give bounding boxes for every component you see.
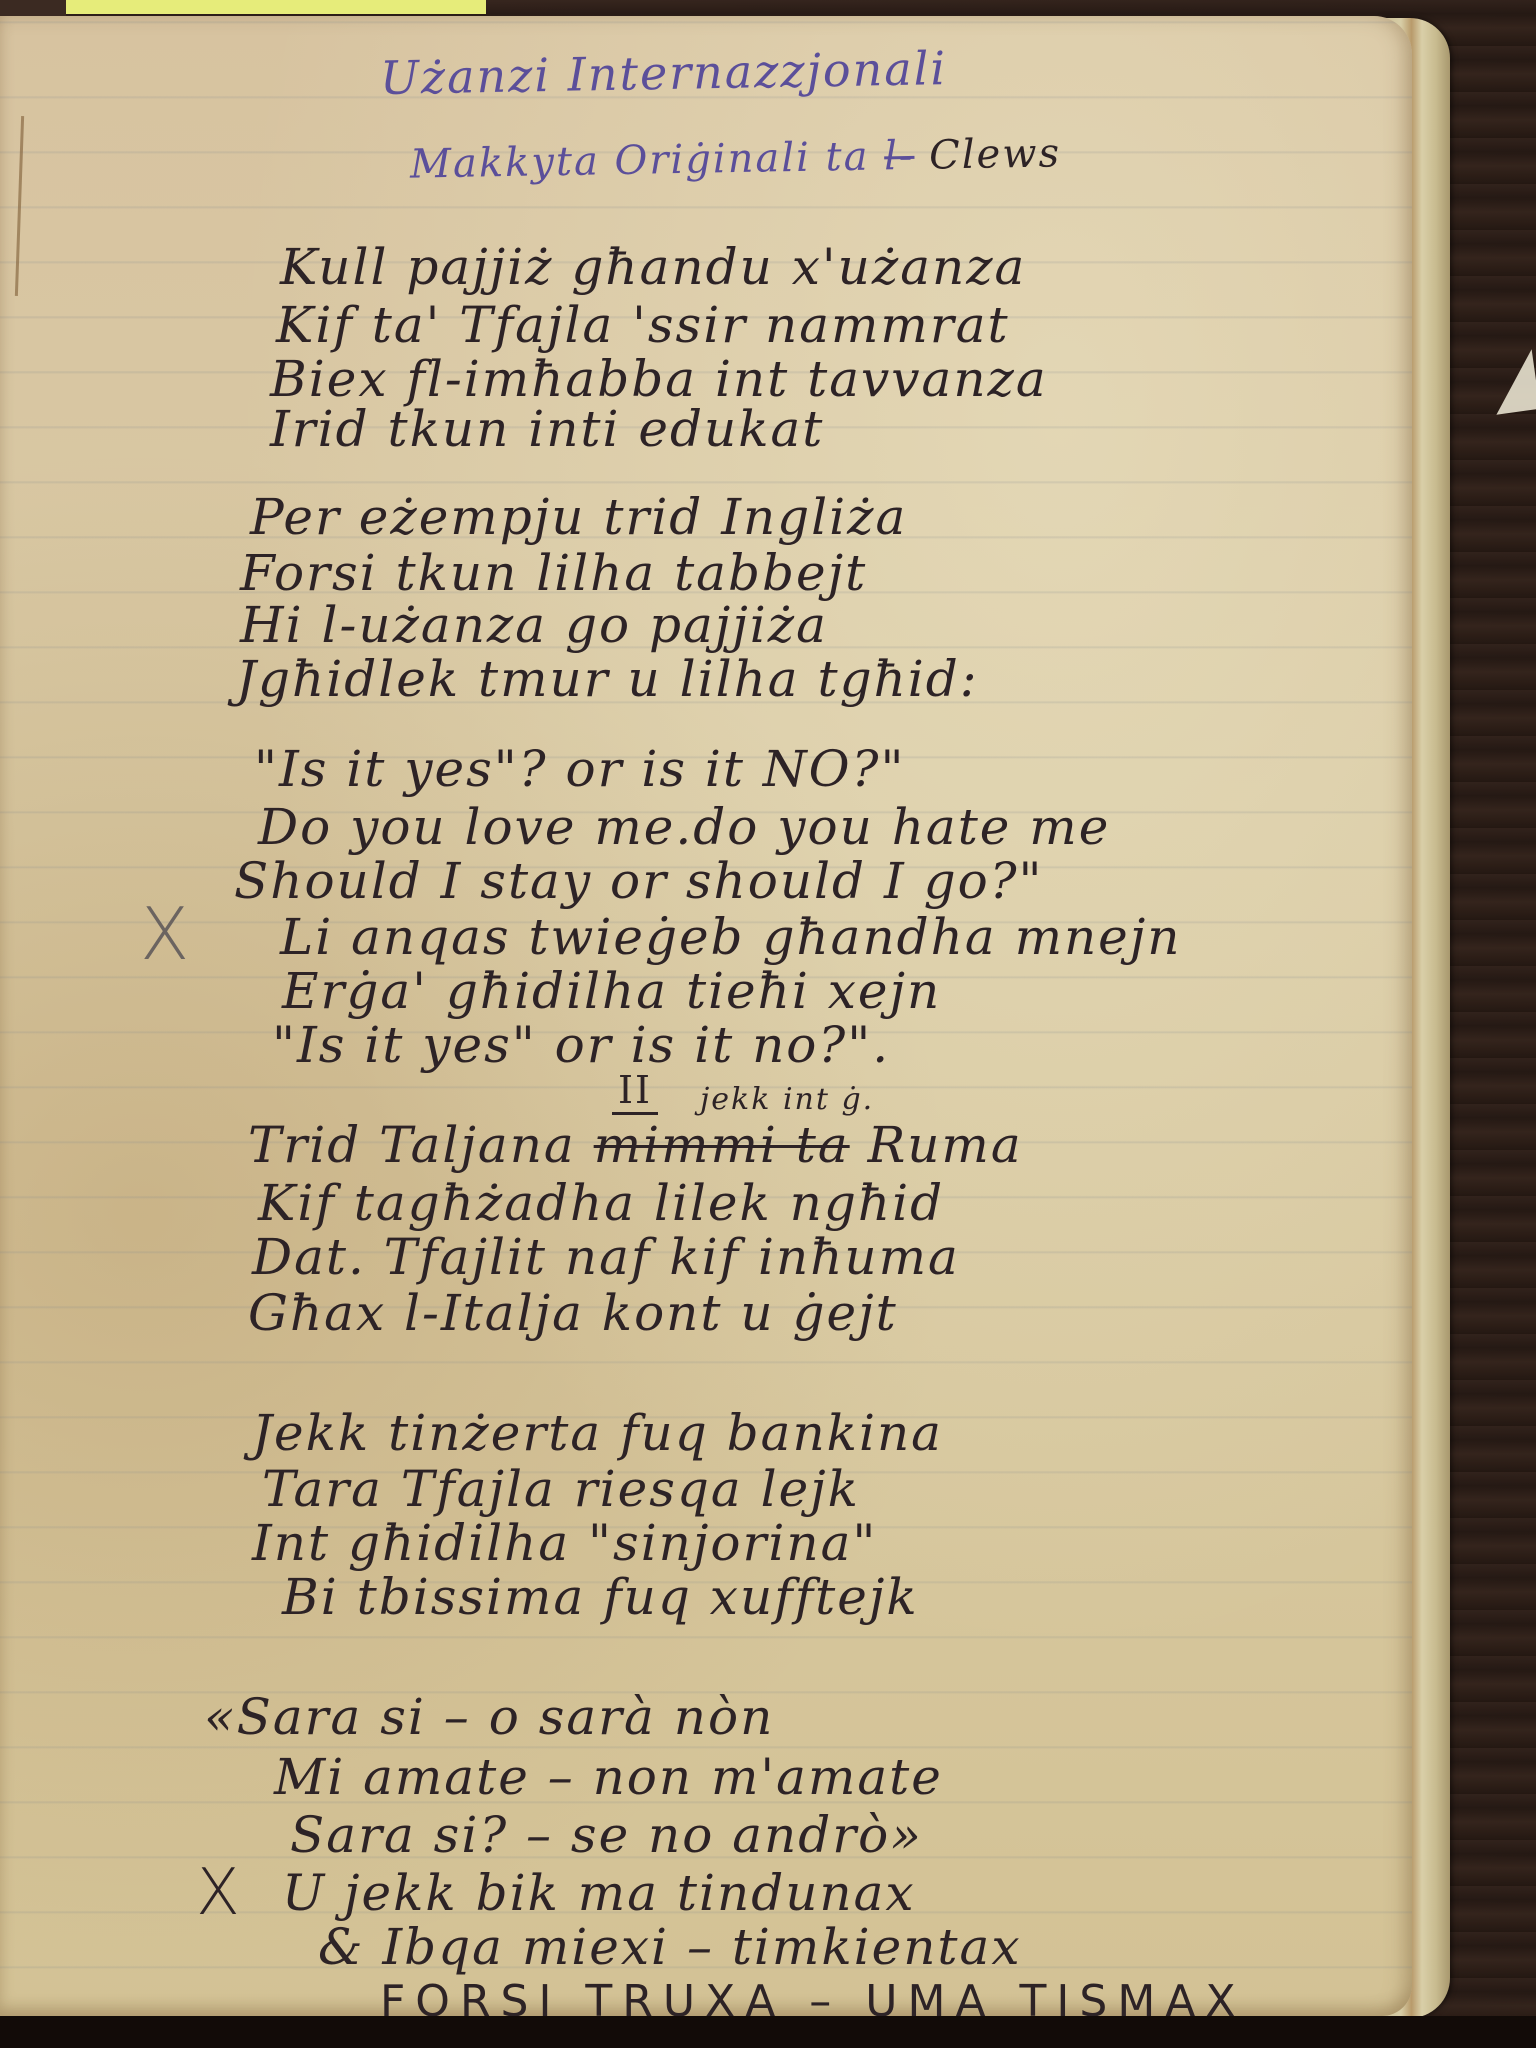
verse-line: Sara si? – se no andrò»: [290, 1810, 923, 1860]
verse-line: Jekk tinżerta fuq bankina: [252, 1408, 943, 1458]
subtitle-main: Makkyta Oriġinali ta: [410, 134, 870, 188]
verse-line: Kif tagħżadha lilek ngħid: [258, 1178, 944, 1228]
sticky-note-edge: [66, 0, 486, 14]
verse-line: Int għidilha "sinjorina": [252, 1518, 877, 1568]
margin-x-mark: X: [196, 1856, 242, 1930]
margin-x-mark: X: [140, 892, 191, 976]
verse-line: Erġa' għidilha tieħi xejn: [282, 966, 941, 1016]
verse-line: Li anqas twieġeb għandha mnejn: [280, 912, 1181, 962]
subtitle-struck: l-: [884, 133, 915, 180]
verse-line: «Sara si – o sarà nòn: [204, 1692, 774, 1742]
verse-line: Bi tbissima fuq xufftejk: [282, 1572, 919, 1622]
section-numeral: II: [612, 1068, 658, 1115]
verse-line: U jekk bik ma tindunax: [282, 1868, 916, 1918]
verse-line: Jgħidlek tmur u lilha tgħid:: [236, 654, 979, 704]
insertion-note: jekk int ġ.: [700, 1082, 874, 1117]
verse-line: Mi amate – non m'amate: [274, 1752, 943, 1802]
pencil-tip: [1488, 349, 1536, 415]
photo-scene: Użanzi Internazzjonali Makkyta Oriġinali…: [0, 0, 1536, 2048]
verse-line: Kull pajjiż għandu x'użanza: [280, 242, 1026, 292]
page-title: Użanzi Internazzjonali: [380, 41, 948, 105]
verse-line: Trid Taljana mimmi ta Ruma: [248, 1120, 1023, 1170]
verse-line: Kif ta' Tfajla 'ssir nammrat: [276, 300, 1010, 350]
struck-text: mimmi ta: [594, 1116, 850, 1174]
subtitle-author: Clews: [929, 130, 1062, 178]
verse-line: "Is it yes"? or is it NO?": [254, 744, 905, 794]
table-shadow: [0, 2016, 1536, 2048]
verse-line: Biex fl-imħabba int tavvanza: [270, 354, 1048, 404]
verse-line: Dat. Tfajlit naf kif inħuma: [252, 1232, 960, 1282]
verse-line: Should I stay or should I go?": [234, 856, 1044, 906]
verse-line: Hi l-użanza go pajjiża: [240, 600, 828, 650]
verse-line: Tara Tfajla riesqa lejk: [262, 1464, 860, 1514]
verse-line: Forsi tkun lilha tabbejt: [240, 548, 867, 598]
verse-line: "Is it yes" or is it no?".: [272, 1020, 890, 1070]
verse-line: Per eżempju trid Ingliża: [250, 492, 907, 542]
line-start: Trid Taljana: [248, 1116, 576, 1174]
verse-line: Irid tkun inti edukat: [270, 404, 824, 454]
notebook-page: Użanzi Internazzjonali Makkyta Oriġinali…: [0, 16, 1412, 2016]
line-end: Ruma: [868, 1116, 1023, 1174]
verse-line: Do you love me.do you hate me: [258, 802, 1110, 852]
verse-line: & Ibqa miexi – timkientax: [318, 1922, 1022, 1972]
verse-line: Għax l-Italja kont u ġejt: [248, 1288, 898, 1338]
